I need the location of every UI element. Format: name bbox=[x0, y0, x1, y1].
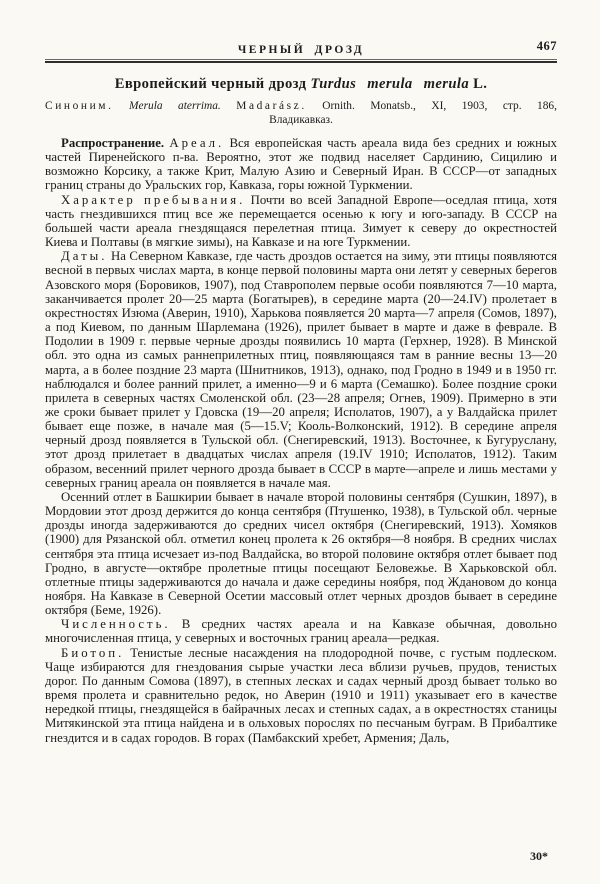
lead-areal: Ареал. bbox=[169, 136, 224, 150]
species-title-russian: Европейский черный дрозд bbox=[115, 76, 307, 92]
running-title: ЧЕРНЫЙ ДРОЗД bbox=[238, 44, 364, 56]
lead-daty: Даты. bbox=[61, 249, 107, 263]
synonym-reference: Ornith. Monatsb., XI, 1903, стр. 186, bbox=[322, 100, 557, 112]
synonym-author: Madarász. bbox=[236, 100, 307, 112]
lead-chislennost: Численность. bbox=[61, 617, 171, 631]
synonym-label: Синоним. bbox=[45, 100, 114, 112]
lead-kharakter-prebyvaniya: Характер пребывания. bbox=[61, 193, 245, 207]
lead-biotop: Биотоп. bbox=[61, 646, 124, 660]
species-title-latin: Turdus merula merula bbox=[311, 76, 470, 92]
page-number: 467 bbox=[537, 39, 557, 54]
paragraph-biotop: Биотоп. Тенистые лесные насаждения на пл… bbox=[45, 646, 557, 745]
species-title: Европейский черный дрозд Turdus merula m… bbox=[45, 76, 557, 93]
signature-mark: 30* bbox=[530, 849, 548, 864]
paragraph-daty: Даты. На Северном Кавказе, где часть дро… bbox=[45, 249, 557, 490]
synonym-latin: Merula aterrima. bbox=[129, 100, 221, 112]
paragraph-text: Тенистые лесные насаждения на плодородно… bbox=[45, 646, 557, 745]
synonym-locality: Владикавказ. bbox=[45, 114, 557, 128]
paragraph-chislennost: Численность. В средних частях ареала и н… bbox=[45, 617, 557, 645]
header-rule bbox=[45, 59, 557, 63]
paragraph-rasprostranenie: Распространение. Ареал. Вся европейская … bbox=[45, 136, 557, 193]
paragraph-text: Осенний отлет в Башкирии бывает в начале… bbox=[45, 490, 557, 617]
species-title-author: L. bbox=[473, 76, 487, 92]
page-header: ЧЕРНЫЙ ДРОЗД 467 bbox=[45, 40, 557, 55]
lead-rasprostranenie: Распространение. bbox=[61, 136, 164, 150]
paragraph-text: На Северном Кавказе, где часть дроздов о… bbox=[45, 249, 557, 490]
paragraph-kharakter-prebyvaniya: Характер пребывания. Почти во всей Запад… bbox=[45, 193, 557, 250]
synonym-line: Синоним. Merula aterrima. Madarász. Orni… bbox=[45, 100, 557, 114]
book-page: ЧЕРНЫЙ ДРОЗД 467 Европейский черный дроз… bbox=[0, 0, 600, 884]
paragraph-osenniy-otlet: Осенний отлет в Башкирии бывает в начале… bbox=[45, 490, 557, 617]
